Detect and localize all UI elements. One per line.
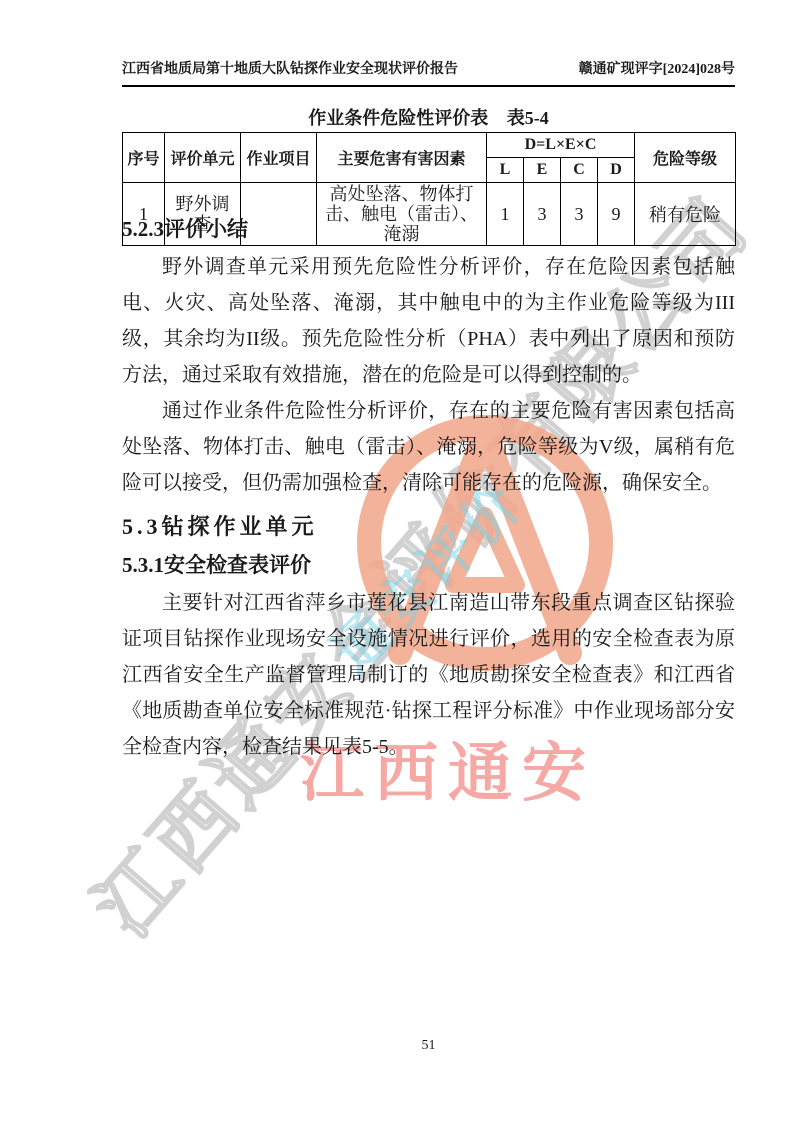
page-number: 51 [122,1038,735,1054]
column-header-unit: 评价单元 [165,133,241,183]
column-header-no: 序号 [123,133,165,183]
column-header-c: C [561,158,598,183]
section-heading-531: 5.3.1安全检查表评价 [122,550,735,580]
column-header-d: D [598,158,635,183]
column-header-level: 危险等级 [635,133,736,183]
table-title: 作业条件危险性评价表 表5-4 [122,104,735,130]
column-header-e: E [524,158,561,183]
table-number: 表5-4 [507,108,549,128]
section-heading-523: 5.2.3评价小结 [122,214,735,244]
table-title-text: 作业条件危险性评价表 [308,108,488,128]
paragraph-3: 主要针对江西省萍乡市莲花县江南造山带东段重点调查区钻探验证项目钻探作业现场安全设… [122,585,735,765]
paragraph-1: 野外调查单元采用预先危险性分析评价，存在危险因素包括触电、火灾、高处坠落、淹溺，… [122,249,735,393]
body-text: 5.2.3评价小结 野外调查单元采用预先危险性分析评价，存在危险因素包括触电、火… [122,214,735,765]
column-header-formula: D=L×E×C [487,133,635,158]
header-doc-number: 赣通矿现评字[2024]028号 [579,58,735,78]
paragraph-2: 通过作业条件危险性分析评价，存在的主要危险有害因素包括高处坠落、物体打击、触电（… [122,393,735,501]
page-header: 江西省地质局第十地质大队钻探作业安全现状评价报告 赣通矿现评字[2024]028… [122,58,735,87]
column-header-project: 作业项目 [241,133,317,183]
column-header-l: L [487,158,524,183]
header-report-title: 江西省地质局第十地质大队钻探作业安全现状评价报告 [122,58,458,78]
section-heading-53: 5.3钻探作业单元 [122,511,735,543]
document-page: 江西通安全评价有限公司 通安评价 江西通安 江西省地质局第十地质大队钻探作业安全… [0,0,793,1122]
content-layer: 江西省地质局第十地质大队钻探作业安全现状评价报告 赣通矿现评字[2024]028… [0,0,793,1122]
column-header-hazard: 主要危害有害因素 [317,133,487,183]
table-header-row-1: 序号 评价单元 作业项目 主要危害有害因素 D=L×E×C 危险等级 [123,133,736,158]
